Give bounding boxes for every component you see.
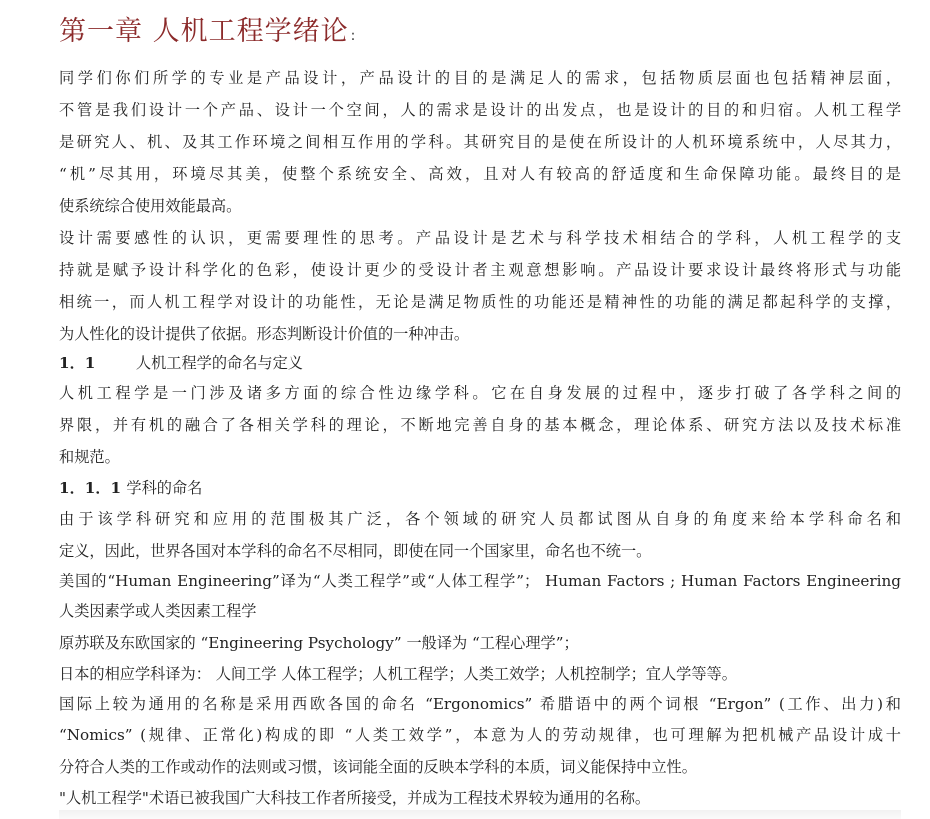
chapter-title-text: 第一章 人机工程学绪论 [59, 16, 349, 47]
paragraph-3-line-2: 界限，并有机的融合了各相关学科的理论，不断地完善自身的基本概念，理论体系、研究方… [59, 415, 901, 435]
section-number: 1．1 [59, 354, 95, 372]
paragraph-5-line-2: 人类因素学或人类因素工程学 [59, 601, 901, 621]
section-heading-1-1: 1．1 人机工程学的命名与定义 [59, 353, 901, 373]
paragraph-1-line-1: 同学们你们所学的专业是产品设计，产品设计的目的是满足人的需求，包括物质层面也包括… [59, 68, 901, 88]
paragraph-1-line-3: 是研究人、机、及其工作环境之间相互作用的学科。其研究目的是使在所设计的人机环境系… [59, 132, 901, 152]
paragraph-2-line-1: 设计需要感性的认识，更需要理性的思考。产品设计是艺术与科学技术相结合的学科，人机… [59, 228, 901, 248]
paragraph-2-line-3: 相统一，而人机工程学对设计的功能性，无论是满足物质性的功能还是精神性的功能的满足… [59, 292, 901, 312]
paragraph-1-line-2: 不管是我们设计一个产品、设计一个空间，人的需求是设计的出发点，也是设计的目的和归… [59, 100, 901, 120]
paragraph-4-line-2: 定义，因此，世界各国对本学科的命名不尽相同，即使在同一个国家里，命名也不统一。 [59, 541, 901, 561]
paragraph-8-line-3: 分符合人类的工作或动作的法则或习惯，该词能全面的反映本学科的本质，词义能保持中立… [59, 757, 901, 777]
cut-off-next-line [59, 810, 901, 819]
section-title: 学科的命名 [126, 479, 202, 497]
section-title: 人机工程学的命名与定义 [136, 354, 303, 372]
paragraph-2-line-4: 为人性化的设计提供了依据。形态判断设计价值的一种冲击。 [59, 324, 901, 344]
paragraph-3-line-1: 人机工程学是一门涉及诸多方面的综合性边缘学科。它在自身发展的过程中，逐步打破了各… [59, 383, 901, 403]
paragraph-8-line-1: 国际上较为通用的名称是采用西欧各国的命名 “Ergonomics” 希腊语中的两… [59, 694, 901, 714]
paragraph-3-line-3: 和规范。 [59, 447, 901, 467]
paragraph-4-line-1: 由于该学科研究和应用的范围极其广泛，各个领域的研究人员都试图从自身的角度来给本学… [59, 509, 901, 529]
paragraph-2-line-2: 持就是赋予设计科学化的色彩，使设计更少的受设计者主观意想影响。产品设计要求设计最… [59, 260, 901, 280]
paragraph-6: 原苏联及东欧国家的 “Engineering Psychology” 一般译为 … [59, 633, 901, 653]
paragraph-8-line-2: “Nomics” (规律、正常化)构成的即 “人类工效学”，本意为人的劳动规律，… [59, 725, 901, 745]
paragraph-5-line-1: 美国的“Human Engineering”译为“人类工程学”或“人体工程学”；… [59, 571, 901, 591]
section-heading-1-1-1: 1．1．1 学科的命名 [59, 478, 901, 498]
document-page: 第一章 人机工程学绪论: 同学们你们所学的专业是产品设计，产品设计的目的是满足人… [0, 0, 930, 819]
paragraph-7: 日本的相应学科译为： 人间工学 人体工程学；人机工程学；人类工效学；人机控制学；… [59, 664, 901, 684]
paragraph-1-line-5: 使系统综合使用效能最高。 [59, 196, 901, 216]
chapter-title: 第一章 人机工程学绪论: [59, 9, 356, 48]
chapter-title-suffix: : [351, 28, 357, 44]
paragraph-9: "人机工程学"术语已被我国广大科技工作者所接受，并成为工程技术界较为通用的名称。 [59, 788, 901, 808]
paragraph-1-line-4: “机”尽其用，环境尽其美，使整个系统安全、高效，且对人有较高的舒适度和生命保障功… [59, 164, 901, 184]
section-number: 1．1．1 [59, 479, 121, 497]
